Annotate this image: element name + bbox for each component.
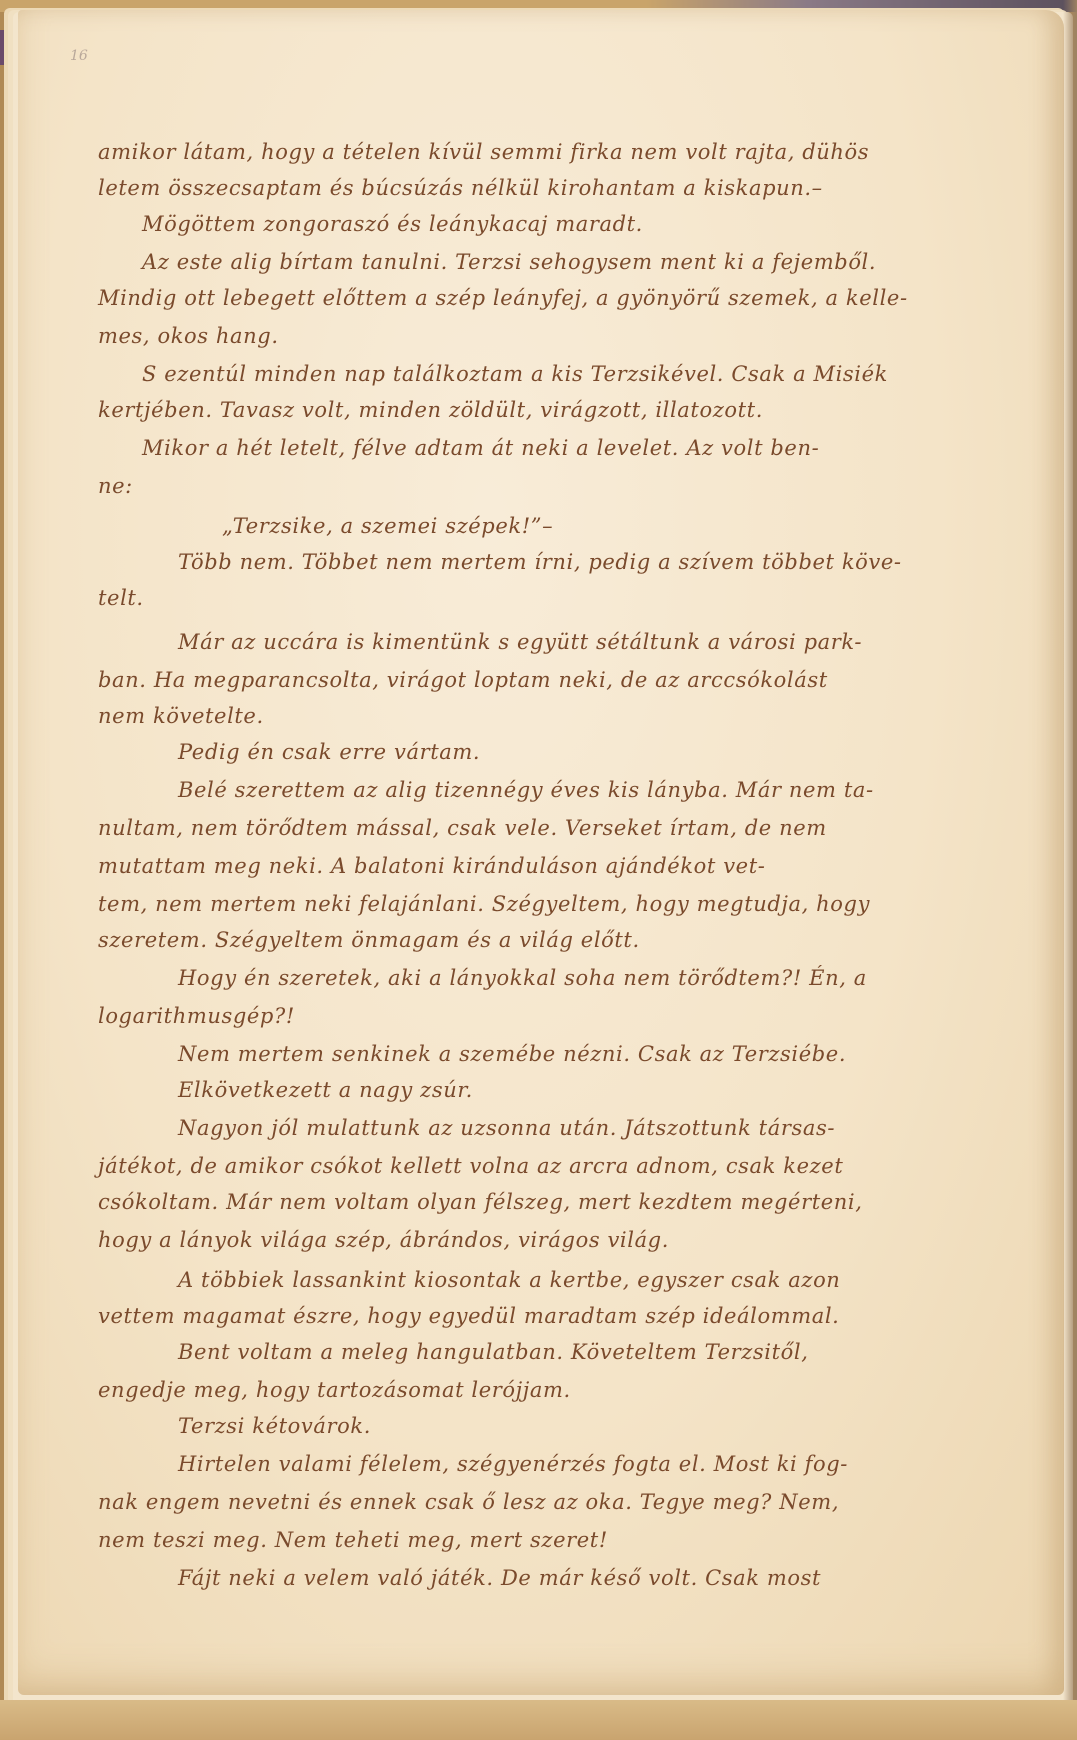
text-line: Hogy én szeretek, aki a lányokkal soha n… xyxy=(178,966,867,990)
text-line: engedje meg, hogy tartozásomat lerójjam. xyxy=(98,1378,571,1402)
text-line: Belé szerettem az alig tizennégy éves ki… xyxy=(178,778,874,802)
text-line: letem összecsaptam és búcsúzás nélkül ki… xyxy=(98,176,823,200)
text-line: tem, nem mertem neki felajánlani. Szégye… xyxy=(98,892,870,916)
text-line: telt. xyxy=(98,586,144,610)
text-line: Mindig ott lebegett előttem a szép leány… xyxy=(98,286,908,310)
text-line: A többiek lassankint kiosontak a kertbe,… xyxy=(178,1268,840,1292)
text-line: mes, okos hang. xyxy=(98,324,279,348)
text-line: szeretem. Szégyeltem önmagam és a világ … xyxy=(98,928,640,952)
text-line: nem követelte. xyxy=(98,704,264,728)
text-line: vettem magamat észre, hogy egyedül marad… xyxy=(98,1304,839,1328)
text-line: ban. Ha megparancsolta, virágot loptam n… xyxy=(98,668,828,692)
text-line: Mikor a hét letelt, félve adtam át neki … xyxy=(142,436,819,460)
text-line: Már az uccára is kimentünk s együtt sétá… xyxy=(178,630,862,654)
text-line: Nagyon jól mulattunk az uzsonna után. Já… xyxy=(178,1116,835,1140)
text-line: Elkövetkezett a nagy zsúr. xyxy=(178,1078,473,1102)
text-line: Nem mertem senkinek a szemébe nézni. Csa… xyxy=(178,1042,846,1066)
text-line: kertjében. Tavasz volt, minden zöldült, … xyxy=(98,398,763,422)
background-bottom-edge xyxy=(0,1700,1077,1740)
text-line: Mögöttem zongoraszó és leánykacaj maradt… xyxy=(142,212,643,236)
text-line: S ezentúl minden nap találkoztam a kis T… xyxy=(142,362,888,386)
text-line: logarithmusgép?! xyxy=(98,1004,295,1028)
text-line: Hirtelen valami félelem, szégyenérzés fo… xyxy=(178,1452,848,1476)
text-line: nem teszi meg. Nem teheti meg, mert szer… xyxy=(98,1528,608,1552)
handwritten-text-block: amikor látam, hogy a tételen kívül semmi… xyxy=(18,10,1064,1695)
manuscript-page: 16 amikor látam, hogy a tételen kívül se… xyxy=(18,10,1064,1695)
text-line: ne: xyxy=(98,474,133,498)
text-line: Pedig én csak erre vártam. xyxy=(178,740,480,764)
text-line: nultam, nem törődtem mással, csak vele. … xyxy=(98,816,827,840)
text-line: csókoltam. Már nem voltam olyan félszeg,… xyxy=(98,1190,863,1214)
text-line: hogy a lányok világa szép, ábrándos, vir… xyxy=(98,1228,669,1252)
text-line: amikor látam, hogy a tételen kívül semmi… xyxy=(98,140,869,164)
text-line: „Terzsike, a szemei szépek!”– xyxy=(222,514,553,538)
text-line: Bent voltam a meleg hangulatban. Követel… xyxy=(178,1340,809,1364)
text-line: Az este alig bírtam tanulni. Terzsi seho… xyxy=(142,250,876,274)
text-line: játékot, de amikor csókot kellett volna … xyxy=(98,1154,843,1178)
text-line: Terzsi kétovárok. xyxy=(178,1414,371,1438)
text-line: Több nem. Többet nem mertem írni, pedig … xyxy=(178,550,902,574)
text-line: nak engem nevetni és ennek csak ő lesz a… xyxy=(98,1490,839,1514)
text-line: Fájt neki a velem való játék. De már kés… xyxy=(178,1566,821,1590)
page-edge-shadow xyxy=(1063,0,1077,1740)
text-line: mutattam meg neki. A balatoni kirándulás… xyxy=(98,854,765,878)
